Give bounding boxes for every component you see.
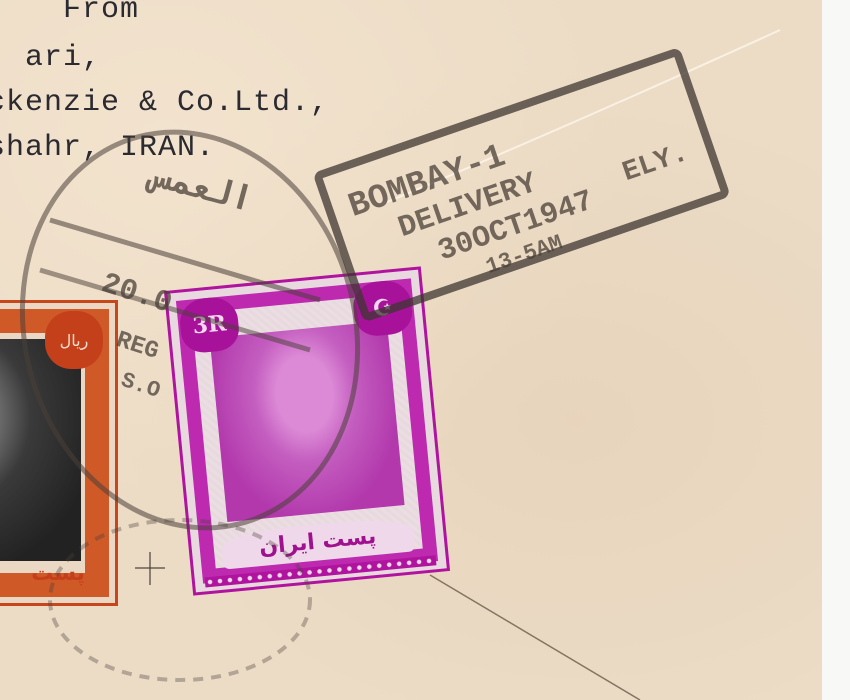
- address-line-city: shahr, IRAN.: [0, 128, 215, 168]
- postmark-delivery: DELIVERY: [394, 167, 541, 246]
- postmark-ely: ELY.: [619, 138, 693, 189]
- scan-background: [822, 0, 850, 700]
- address-line-company: ckenzie & Co.Ltd.,: [0, 83, 329, 123]
- stamp-portrait: [210, 321, 405, 522]
- envelope: From ari, ckenzie & Co.Ltd., shahr, IRAN…: [0, 0, 822, 700]
- orange-stamp: ریال پست: [0, 300, 118, 606]
- postmark-reg: REG: [113, 327, 162, 366]
- postmark-city: BOMBAY-1: [344, 138, 511, 227]
- address-line-from: From: [0, 0, 139, 30]
- purple-stamp: 3R ☪ پست ایران: [164, 266, 450, 595]
- postmark-office: S.O: [118, 368, 163, 404]
- stamp-portrait: [0, 339, 81, 561]
- address-line-name: ari,: [0, 38, 101, 78]
- stamp-corner-denomination: ریال: [45, 311, 103, 369]
- postmark-date: 30OCT1947: [434, 184, 598, 269]
- stamp-inscription: پست: [0, 559, 85, 589]
- postmark-time: 13-5AM: [483, 230, 566, 279]
